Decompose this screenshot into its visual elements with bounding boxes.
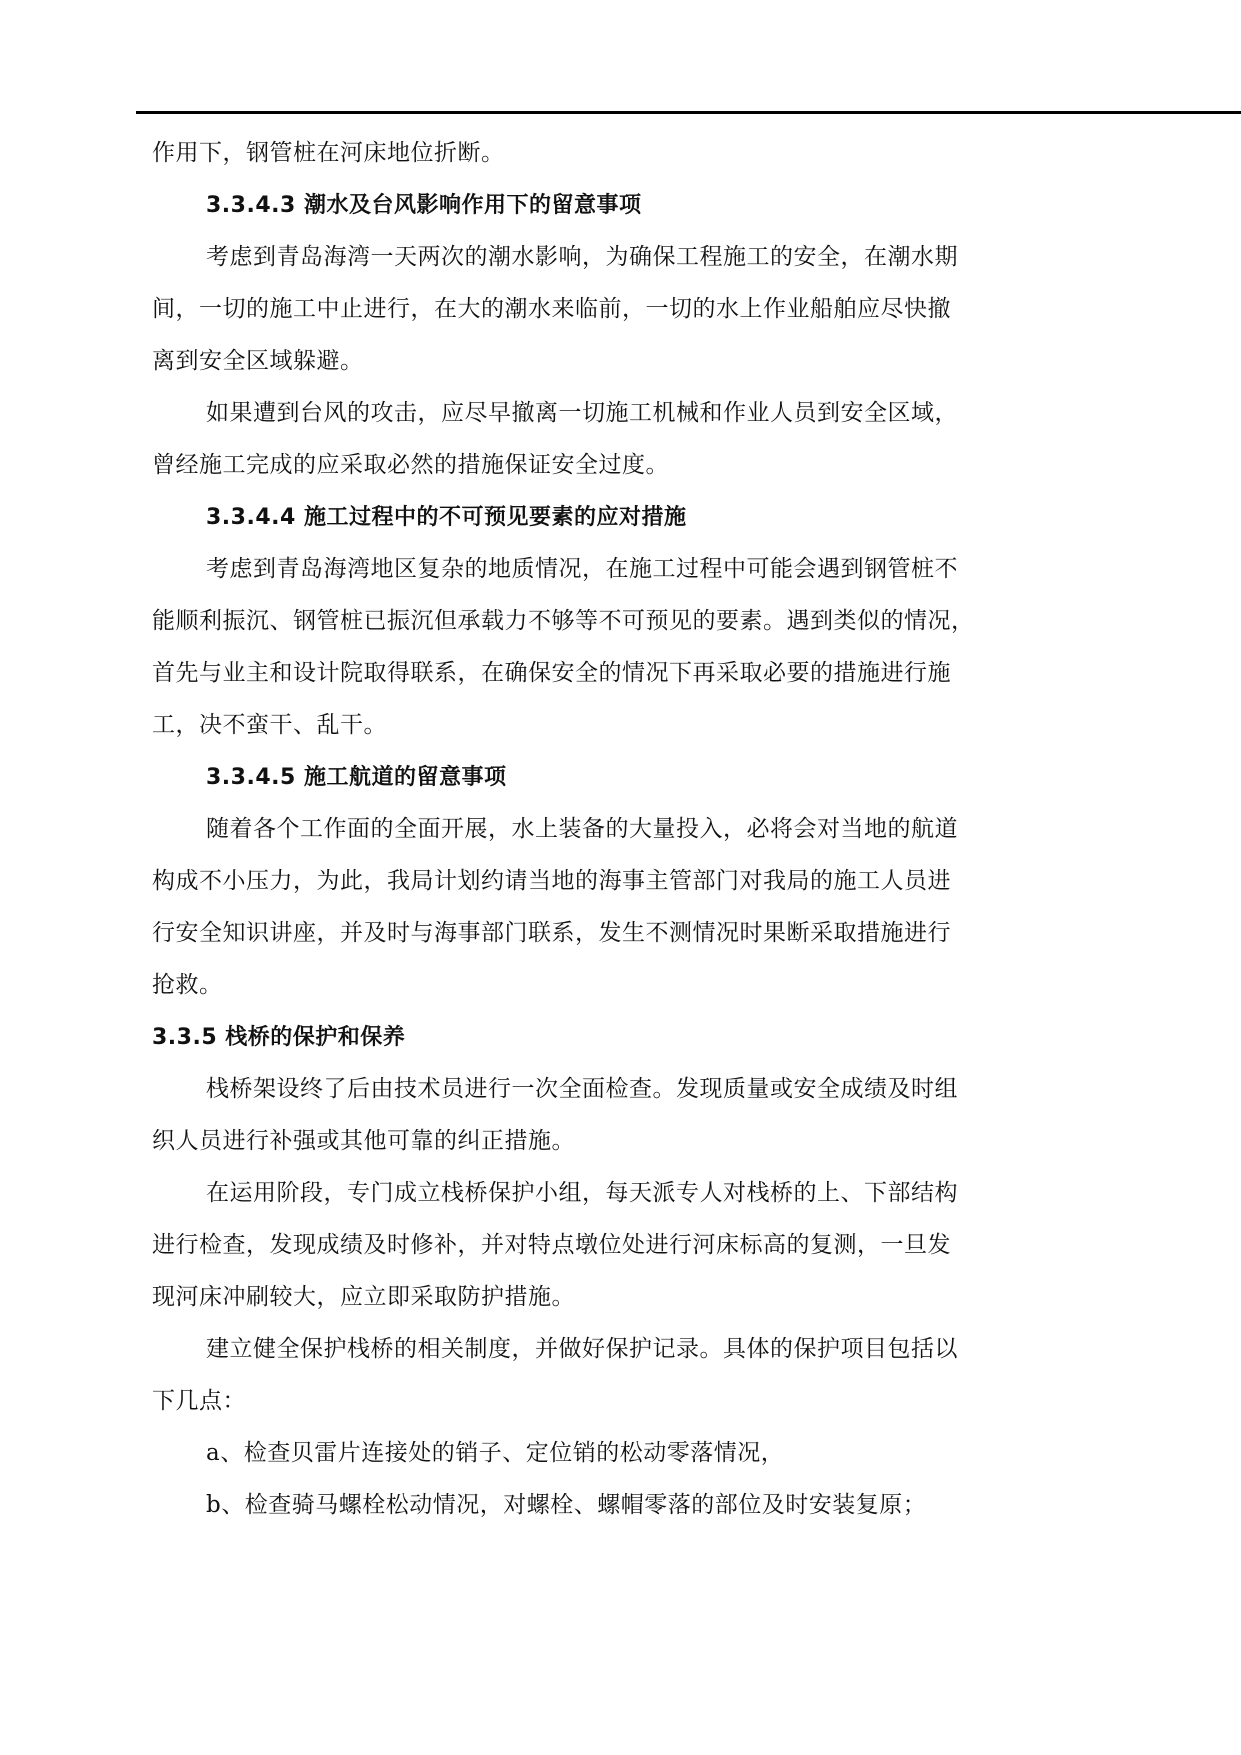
text-line: 抢救。 [152, 972, 1072, 1024]
text-line: 间，一切的施工中止进行，在大的潮水来临前，一切的水上作业船舶应尽快撤 [152, 296, 1072, 348]
list-item-b: b、检查骑马螺栓松动情况，对螺栓、螺帽零落的部位及时安装复原； [152, 1492, 1072, 1544]
text-line: 作用下，钢管桩在河床地位折断。 [152, 140, 1072, 192]
header-rule [136, 111, 1241, 114]
text-line: 能顺利振沉、钢管桩已振沉但承载力不够等不可预见的要素。遇到类似的情况， [152, 608, 1072, 660]
text-line: 建立健全保护栈桥的相关制度，并做好保护记录。具体的保护项目包括以 [152, 1336, 1072, 1388]
list-item-a: a、检查贝雷片连接处的销子、定位销的松动零落情况， [152, 1440, 1072, 1492]
text-line: 行安全知识讲座，并及时与海事部门联系，发生不测情况时果断采取措施进行 [152, 920, 1072, 972]
text-line: 如果遭到台风的攻击，应尽早撤离一切施工机械和作业人员到安全区域， [152, 400, 1072, 452]
text-line: 栈桥架设终了后由技术员进行一次全面检查。发现质量或安全成绩及时组 [152, 1076, 1072, 1128]
section-heading-3-3-4-3: 3.3.4.3 潮水及台风影响作用下的留意事项 [152, 192, 1072, 244]
text-line: 曾经施工完成的应采取必然的措施保证安全过度。 [152, 452, 1072, 504]
text-line: 构成不小压力，为此，我局计划约请当地的海事主管部门对我局的施工人员进 [152, 868, 1072, 920]
text-line: 随着各个工作面的全面开展，水上装备的大量投入，必将会对当地的航道 [152, 816, 1072, 868]
text-line: 织人员进行补强或其他可靠的纠正措施。 [152, 1128, 1072, 1180]
document-body: 作用下，钢管桩在河床地位折断。 3.3.4.3 潮水及台风影响作用下的留意事项 … [152, 140, 1072, 1544]
text-line: 首先与业主和设计院取得联系，在确保安全的情况下再采取必要的措施进行施 [152, 660, 1072, 712]
section-heading-3-3-4-5: 3.3.4.5 施工航道的留意事项 [152, 764, 1072, 816]
text-line: 离到安全区域躲避。 [152, 348, 1072, 400]
text-line: 工，决不蛮干、乱干。 [152, 712, 1072, 764]
section-heading-3-3-4-4: 3.3.4.4 施工过程中的不可预见要素的应对措施 [152, 504, 1072, 556]
text-line: 现河床冲刷较大，应立即采取防护措施。 [152, 1284, 1072, 1336]
text-line: 在运用阶段，专门成立栈桥保护小组，每天派专人对栈桥的上、下部结构 [152, 1180, 1072, 1232]
text-line: 进行检查，发现成绩及时修补，并对特点墩位处进行河床标高的复测，一旦发 [152, 1232, 1072, 1284]
text-line: 考虑到青岛海湾地区复杂的地质情况，在施工过程中可能会遇到钢管桩不 [152, 556, 1072, 608]
text-line: 下几点： [152, 1388, 1072, 1440]
section-heading-3-3-5: 3.3.5 栈桥的保护和保养 [152, 1024, 1072, 1076]
text-line: 考虑到青岛海湾一天两次的潮水影响，为确保工程施工的安全，在潮水期 [152, 244, 1072, 296]
